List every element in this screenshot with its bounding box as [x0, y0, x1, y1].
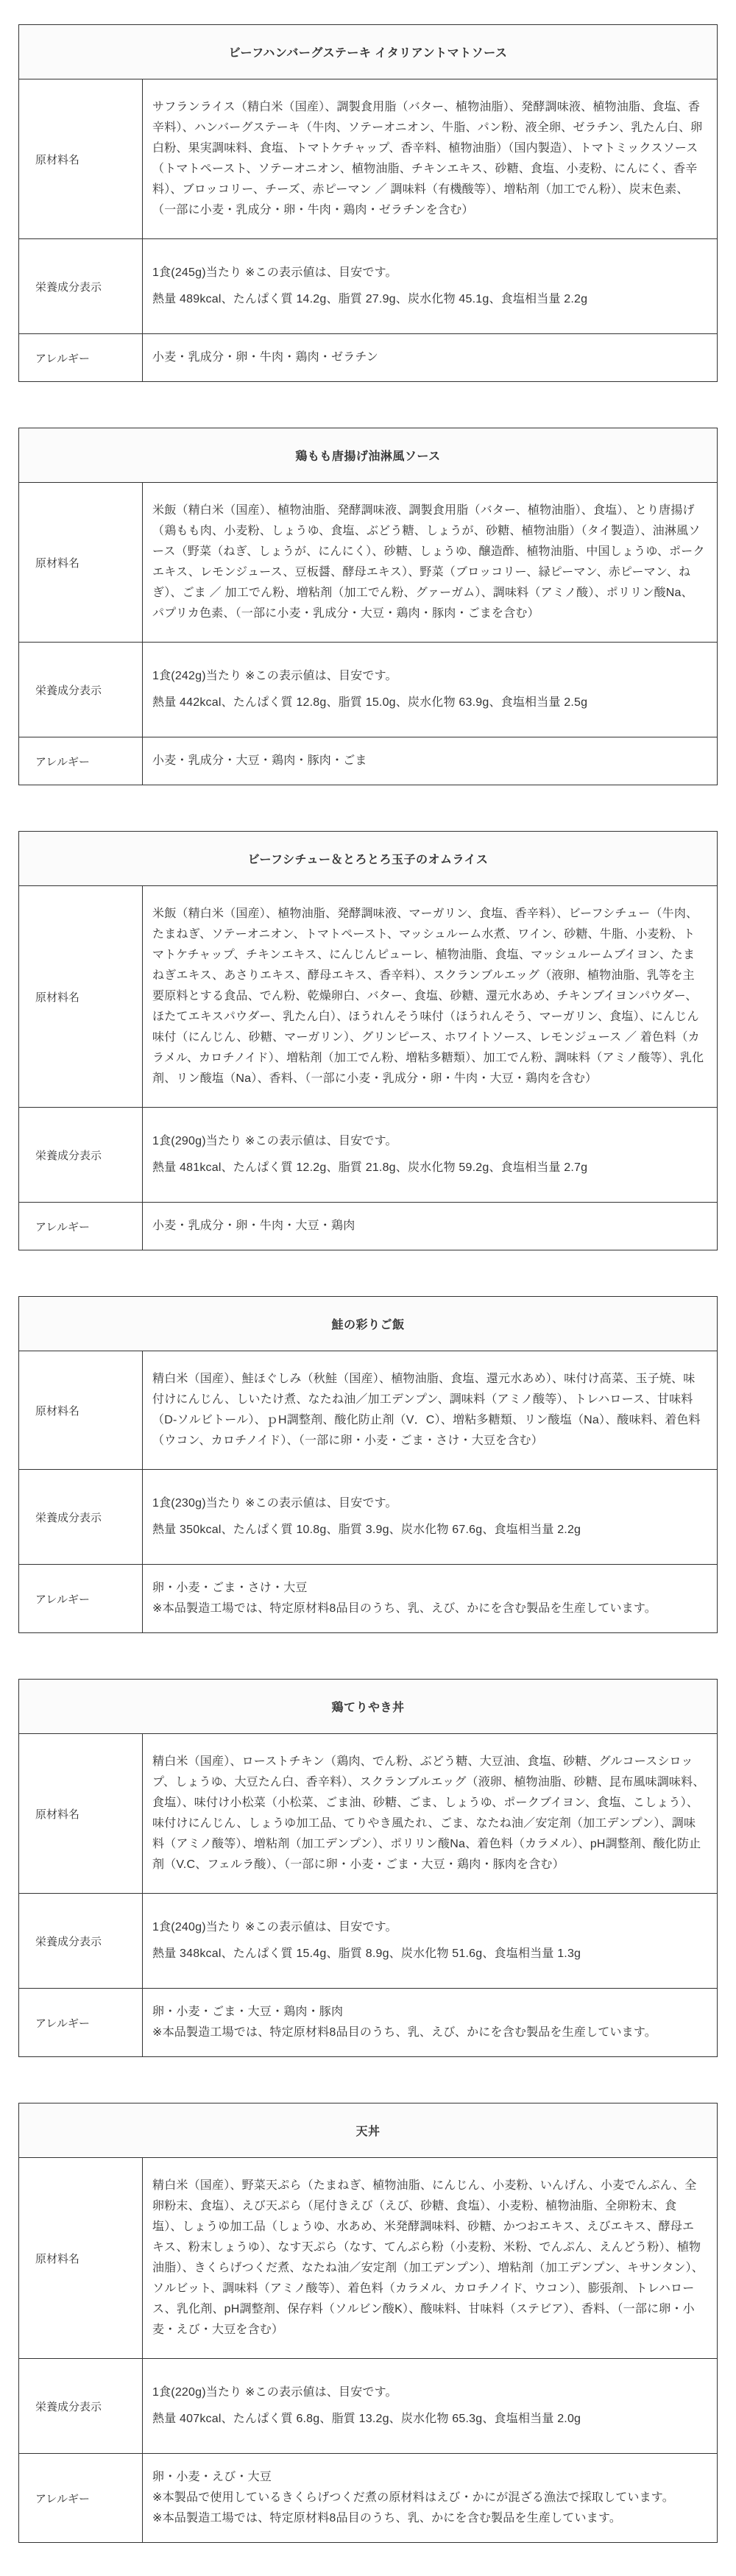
allergy-text: 小麦・乳成分・卵・牛肉・鶏肉・ゼラチン [143, 334, 717, 381]
allergy-line: 卵・小麦・ごま・大豆・鶏肉・豚肉 [152, 2002, 705, 2023]
product-info-table: 天丼 原材料名 精白米（国産）、野菜天ぷら（たまねぎ、植物油脂、にんじん、小麦粉… [18, 2103, 718, 2543]
ingredients-row: 原材料名 米飯（精白米（国産）、植物油脂、発酵調味液、マーガリン、食塩、香辛料）… [19, 886, 717, 1108]
row-label-ingredients: 原材料名 [19, 1351, 143, 1469]
nutrition-values: 熱量 442kcal、たんぱく質 12.8g、脂質 15.0g、炭水化物 63.… [152, 693, 705, 713]
allergy-row: アレルギー 小麦・乳成分・大豆・鶏肉・豚肉・ごま [19, 737, 717, 785]
nutrition-row: 栄養成分表示 1食(242g)当たり ※この表示値は、目安です。 熱量 442k… [19, 643, 717, 737]
allergy-text: 卵・小麦・ごま・さけ・大豆※本品製造工場では、特定原材料8品目のうち、乳、えび、… [143, 1565, 717, 1632]
allergy-line: 小麦・乳成分・卵・牛肉・大豆・鶏肉 [152, 1216, 705, 1236]
nutrition-row: 栄養成分表示 1食(290g)当たり ※この表示値は、目安です。 熱量 481k… [19, 1108, 717, 1203]
nutrition-text: 1食(220g)当たり ※この表示値は、目安です。 熱量 407kcal、たんぱ… [143, 2359, 717, 2453]
allergy-text: 小麦・乳成分・卵・牛肉・大豆・鶏肉 [143, 1203, 717, 1250]
nutrition-text: 1食(230g)当たり ※この表示値は、目安です。 熱量 350kcal、たんぱ… [143, 1470, 717, 1564]
nutrition-serving: 1食(290g)当たり ※この表示値は、目安です。 [152, 1131, 705, 1152]
nutrition-serving: 1食(220g)当たり ※この表示値は、目安です。 [152, 2382, 705, 2403]
ingredients-text: 精白米（国産）、鮭ほぐしみ（秋鮭（国産）、植物油脂、食塩、還元水あめ）、味付け高… [143, 1351, 717, 1469]
nutrition-values: 熱量 481kcal、たんぱく質 12.2g、脂質 21.8g、炭水化物 59.… [152, 1158, 705, 1178]
nutrition-serving: 1食(242g)当たり ※この表示値は、目安です。 [152, 666, 705, 687]
nutrition-serving: 1食(240g)当たり ※この表示値は、目安です。 [152, 1917, 705, 1938]
nutrition-values: 熱量 489kcal、たんぱく質 14.2g、脂質 27.9g、炭水化物 45.… [152, 289, 705, 310]
product-title: 鮭の彩りご飯 [19, 1297, 717, 1351]
ingredients-text: 精白米（国産）、野菜天ぷら（たまねぎ、植物油脂、にんじん、小麦粉、いんげん、小麦… [143, 2158, 717, 2358]
allergy-text: 小麦・乳成分・大豆・鶏肉・豚肉・ごま [143, 737, 717, 785]
product-info-table: 鶏てりやき丼 原材料名 精白米（国産）、ローストチキン（鶏肉、でん粉、ぶどう糖、… [18, 1679, 718, 2057]
nutrition-values: 熱量 348kcal、たんぱく質 15.4g、脂質 8.9g、炭水化物 51.6… [152, 1944, 705, 1964]
row-label-allergy: アレルギー [19, 737, 143, 785]
allergy-line: 卵・小麦・ごま・さけ・大豆 [152, 1578, 705, 1599]
ingredients-row: 原材料名 精白米（国産）、ローストチキン（鶏肉、でん粉、ぶどう糖、大豆油、食塩、… [19, 1734, 717, 1894]
product-info-table: ビーフハンバーグステーキ イタリアントマトソース 原材料名 サフランライス（精白… [18, 24, 718, 382]
row-label-allergy: アレルギー [19, 2454, 143, 2542]
row-label-nutrition: 栄養成分表示 [19, 1108, 143, 1202]
allergy-row: アレルギー 卵・小麦・ごま・大豆・鶏肉・豚肉※本品製造工場では、特定原材料8品目… [19, 1989, 717, 2056]
product-title: 鶏てりやき丼 [19, 1680, 717, 1734]
allergy-row: アレルギー 卵・小麦・えび・大豆※本製品で使用しているきくらげつくだ煮の原材料は… [19, 2454, 717, 2542]
ingredients-row: 原材料名 米飯（精白米（国産）、植物油脂、発酵調味液、調製食用脂（バター、植物油… [19, 483, 717, 643]
row-label-ingredients: 原材料名 [19, 1734, 143, 1893]
nutrition-text: 1食(240g)当たり ※この表示値は、目安です。 熱量 348kcal、たんぱ… [143, 1894, 717, 1988]
nutrition-text: 1食(245g)当たり ※この表示値は、目安です。 熱量 489kcal、たんぱ… [143, 239, 717, 333]
row-label-allergy: アレルギー [19, 1203, 143, 1250]
page: ビーフハンバーグステーキ イタリアントマトソース 原材料名 サフランライス（精白… [0, 0, 736, 2576]
allergy-row: アレルギー 卵・小麦・ごま・さけ・大豆※本品製造工場では、特定原材料8品目のうち… [19, 1565, 717, 1632]
nutrition-serving: 1食(245g)当たり ※この表示値は、目安です。 [152, 263, 705, 283]
product-title: 天丼 [19, 2103, 717, 2158]
allergy-line: ※本品製造工場では、特定原材料8品目のうち、乳、かにを含む製品を生産しています。 [152, 2508, 705, 2529]
allergy-row: アレルギー 小麦・乳成分・卵・牛肉・鶏肉・ゼラチン [19, 334, 717, 381]
ingredients-row: 原材料名 サフランライス（精白米（国産）、調製食用脂（バター、植物油脂）、発酵調… [19, 79, 717, 239]
product-title: 鶏もも唐揚げ油淋風ソース [19, 428, 717, 483]
ingredients-text: サフランライス（精白米（国産）、調製食用脂（バター、植物油脂）、発酵調味液、植物… [143, 79, 717, 238]
nutrition-row: 栄養成分表示 1食(240g)当たり ※この表示値は、目安です。 熱量 348k… [19, 1894, 717, 1989]
row-label-ingredients: 原材料名 [19, 2158, 143, 2358]
allergy-line: 小麦・乳成分・卵・牛肉・鶏肉・ゼラチン [152, 347, 705, 368]
ingredients-row: 原材料名 精白米（国産）、野菜天ぷら（たまねぎ、植物油脂、にんじん、小麦粉、いん… [19, 2158, 717, 2359]
allergy-text: 卵・小麦・えび・大豆※本製品で使用しているきくらげつくだ煮の原材料はえび・かにが… [143, 2454, 717, 2542]
row-label-nutrition: 栄養成分表示 [19, 2359, 143, 2453]
product-info-table: ビーフシチュー＆とろとろ玉子のオムライス 原材料名 米飯（精白米（国産）、植物油… [18, 831, 718, 1250]
ingredients-text: 精白米（国産）、ローストチキン（鶏肉、でん粉、ぶどう糖、大豆油、食塩、砂糖、グル… [143, 1734, 717, 1893]
allergy-line: ※本品製造工場では、特定原材料8品目のうち、乳、えび、かにを含む製品を生産してい… [152, 2023, 705, 2043]
row-label-ingredients: 原材料名 [19, 483, 143, 642]
nutrition-serving: 1食(230g)当たり ※この表示値は、目安です。 [152, 1493, 705, 1514]
ingredients-text: 米飯（精白米（国産）、植物油脂、発酵調味液、マーガリン、食塩、香辛料）、ビーフシ… [143, 886, 717, 1107]
row-label-allergy: アレルギー [19, 1565, 143, 1632]
row-label-ingredients: 原材料名 [19, 79, 143, 238]
row-label-nutrition: 栄養成分表示 [19, 643, 143, 737]
product-info-table: 鶏もも唐揚げ油淋風ソース 原材料名 米飯（精白米（国産）、植物油脂、発酵調味液、… [18, 428, 718, 785]
row-label-allergy: アレルギー [19, 334, 143, 381]
nutrition-row: 栄養成分表示 1食(230g)当たり ※この表示値は、目安です。 熱量 350k… [19, 1470, 717, 1565]
nutrition-text: 1食(290g)当たり ※この表示値は、目安です。 熱量 481kcal、たんぱ… [143, 1108, 717, 1202]
row-label-nutrition: 栄養成分表示 [19, 1470, 143, 1564]
nutrition-row: 栄養成分表示 1食(245g)当たり ※この表示値は、目安です。 熱量 489k… [19, 239, 717, 334]
nutrition-text: 1食(242g)当たり ※この表示値は、目安です。 熱量 442kcal、たんぱ… [143, 643, 717, 737]
allergy-row: アレルギー 小麦・乳成分・卵・牛肉・大豆・鶏肉 [19, 1203, 717, 1250]
nutrition-row: 栄養成分表示 1食(220g)当たり ※この表示値は、目安です。 熱量 407k… [19, 2359, 717, 2454]
row-label-nutrition: 栄養成分表示 [19, 239, 143, 333]
nutrition-values: 熱量 350kcal、たんぱく質 10.8g、脂質 3.9g、炭水化物 67.6… [152, 1520, 705, 1540]
allergy-line: ※本製品で使用しているきくらげつくだ煮の原材料はえび・かにが混ざる漁法で採取して… [152, 2488, 705, 2508]
row-label-ingredients: 原材料名 [19, 886, 143, 1107]
row-label-allergy: アレルギー [19, 1989, 143, 2056]
allergy-text: 卵・小麦・ごま・大豆・鶏肉・豚肉※本品製造工場では、特定原材料8品目のうち、乳、… [143, 1989, 717, 2056]
allergy-line: ※本品製造工場では、特定原材料8品目のうち、乳、えび、かにを含む製品を生産してい… [152, 1599, 705, 1619]
product-title: ビーフハンバーグステーキ イタリアントマトソース [19, 25, 717, 79]
allergy-line: 小麦・乳成分・大豆・鶏肉・豚肉・ごま [152, 751, 705, 771]
nutrition-values: 熱量 407kcal、たんぱく質 6.8g、脂質 13.2g、炭水化物 65.3… [152, 2409, 705, 2430]
ingredients-text: 米飯（精白米（国産）、植物油脂、発酵調味液、調製食用脂（バター、植物油脂）、食塩… [143, 483, 717, 642]
row-label-nutrition: 栄養成分表示 [19, 1894, 143, 1988]
product-info-table: 鮭の彩りご飯 原材料名 精白米（国産）、鮭ほぐしみ（秋鮭（国産）、植物油脂、食塩… [18, 1296, 718, 1633]
ingredients-row: 原材料名 精白米（国産）、鮭ほぐしみ（秋鮭（国産）、植物油脂、食塩、還元水あめ）… [19, 1351, 717, 1470]
allergy-line: 卵・小麦・えび・大豆 [152, 2467, 705, 2488]
product-title: ビーフシチュー＆とろとろ玉子のオムライス [19, 832, 717, 886]
